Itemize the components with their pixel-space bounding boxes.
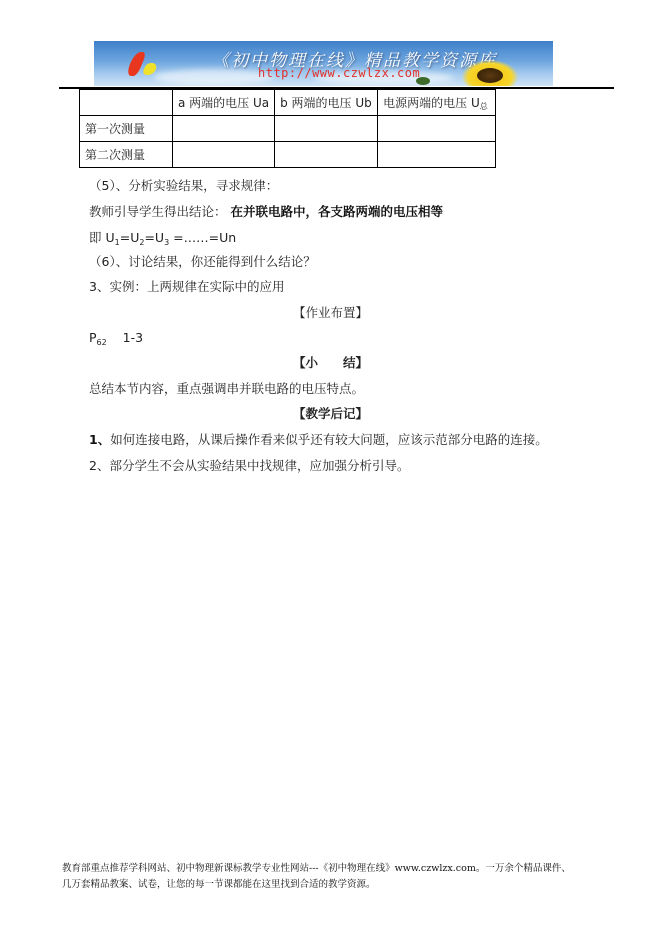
measurement-table: a 两端的电压 Ua b 两端的电压 Ub 电源两端的电压 U总 第一次测量 第… <box>79 89 496 168</box>
formula-part: =U <box>120 230 140 245</box>
note-text: 如何连接电路，从课后操作看来似乎还有较大问题，应该示范部分电路的连接。 <box>110 432 548 447</box>
cloud-decoration <box>154 69 274 85</box>
header-banner: 《初中物理在线》精品教学资源库 http://www.czwlzx.com <box>94 41 553 86</box>
table-header-cell: 电源两端的电压 U总 <box>378 90 496 116</box>
table-row: 第二次测量 <box>80 142 496 168</box>
step-5-text: （5）、分析实验结果，寻求规律： <box>89 176 278 194</box>
footer-line: 几万套精品教案、试卷，让您的每一节课都能在这里找到合适的教学资源。 <box>62 877 571 893</box>
formula-line: 即 U1=U2=U3 =……=Un <box>89 228 236 247</box>
conclusion-bold: 在并联电路中，各支路两端的电压相等 <box>231 204 444 219</box>
note-number: 1、 <box>89 432 110 447</box>
formula-part: =……=Un <box>169 230 236 245</box>
table-cell <box>173 142 275 168</box>
homework-text: P62 1-3 <box>89 330 143 347</box>
table-cell <box>378 142 496 168</box>
conclusion-prefix: 教师引导学生得出结论： <box>89 204 227 219</box>
conclusion-line: 教师引导学生得出结论： 在并联电路中，各支路两端的电压相等 <box>89 202 443 220</box>
banner-url: http://www.czwlzx.com <box>258 66 420 80</box>
page-footer: 教育部重点推荐学科网站、初中物理新课标教学专业性网站---《初中物理在线》www… <box>62 861 571 893</box>
row-label: 第二次测量 <box>80 142 173 168</box>
note-item: 2、部分学生不会从实验结果中找规律，应加强分析引导。 <box>89 456 409 474</box>
table-header-cell: a 两端的电压 Ua <box>173 90 275 116</box>
homework-heading: 【作业布置】 <box>0 303 661 321</box>
formula-part: 即 U <box>89 230 115 245</box>
footer-line: 教育部重点推荐学科网站、初中物理新课标教学专业性网站---《初中物理在线》www… <box>62 861 571 877</box>
page-prefix: P <box>89 330 97 345</box>
table-header-cell <box>80 90 173 116</box>
table-header-row: a 两端的电压 Ua b 两端的电压 Ub 电源两端的电压 U总 <box>80 90 496 116</box>
step-6-text: （6）、讨论结果，你还能得到什么结论？ <box>89 252 316 270</box>
leaf-decoration <box>416 77 430 85</box>
exercise-range: 1-3 <box>123 330 143 345</box>
sunflower-icon <box>462 60 518 86</box>
table-cell <box>173 116 275 142</box>
note-number: 2、 <box>89 458 109 473</box>
summary-heading: 【小 结】 <box>0 353 661 371</box>
table-header-cell: b 两端的电压 Ub <box>275 90 378 116</box>
header-label: 电源两端的电压 U <box>383 96 480 110</box>
note-text: 部分学生不会从实验结果中找规律，应加强分析引导。 <box>109 458 409 473</box>
table-cell <box>275 142 378 168</box>
logo-icon-accent <box>142 63 159 75</box>
page-number: 62 <box>97 338 107 347</box>
summary-text: 总结本节内容，重点强调串并联电路的电压特点。 <box>89 379 364 397</box>
notes-heading: 【教学后记】 <box>0 404 661 422</box>
header-subscript: 总 <box>480 102 488 111</box>
row-label: 第一次测量 <box>80 116 173 142</box>
table-row: 第一次测量 <box>80 116 496 142</box>
item-3-text: 3、实例：上两规律在实际中的应用 <box>89 277 284 295</box>
table-cell <box>378 116 496 142</box>
note-item: 1、如何连接电路，从课后操作看来似乎还有较大问题，应该示范部分电路的连接。 <box>89 430 548 448</box>
formula-part: =U <box>144 230 164 245</box>
table-cell <box>275 116 378 142</box>
